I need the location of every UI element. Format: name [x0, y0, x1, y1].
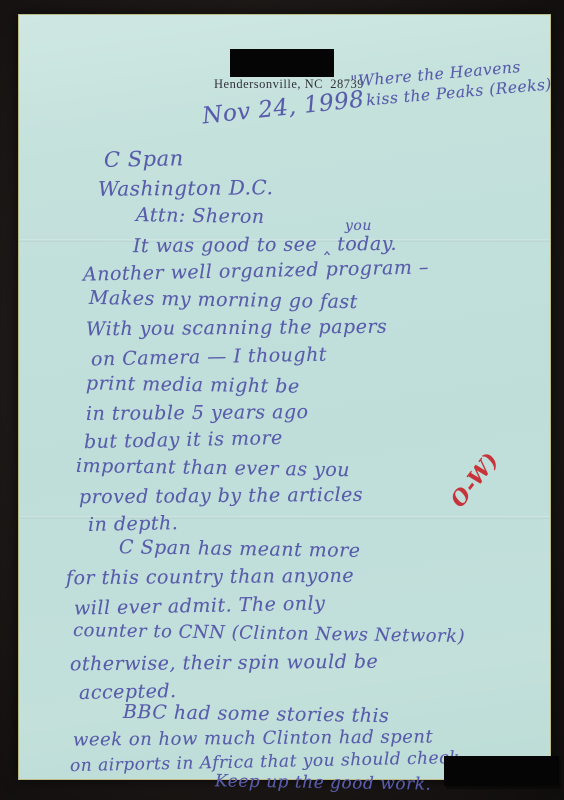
handwritten-line: in trouble 5 years ago	[86, 401, 309, 425]
letter-paper: Hendersonville, NC 28739 "Where the Heav…	[18, 14, 551, 780]
handwritten-line: for this country than anyone	[66, 565, 354, 590]
recipient-line: C Span	[104, 146, 184, 172]
handwritten-line: counter to CNN (Clinton News Network)	[73, 620, 465, 647]
handwritten-line: proved today by the articles	[79, 484, 363, 508]
handwritten-line: in depth.	[88, 512, 179, 536]
handwritten-line: print media might be	[86, 372, 300, 397]
redaction-bar-bottom	[444, 756, 559, 786]
handwritten-line: C Span has meant more	[119, 536, 361, 562]
handwritten-line: important than ever as you	[76, 455, 350, 481]
handwritten-line: will ever admit. The only	[74, 592, 326, 619]
inserted-word-you: you	[345, 218, 372, 234]
handwritten-line: It was good to see ‸ today.	[133, 233, 397, 257]
handwritten-line: otherwise, their spin would be	[70, 651, 378, 676]
handwritten-line: Another well organized program –	[83, 256, 429, 285]
recipient-line: Washington D.C.	[98, 175, 274, 201]
handwritten-line: BBC had some stories this	[123, 701, 390, 727]
recipient-line: Attn: Sheron	[136, 204, 265, 228]
sign-off-line: Keep up the good work.	[215, 771, 432, 794]
red-annotation: O-W)	[445, 447, 503, 511]
letterhead-slogan: "Where the Heavens kiss the Peaks (Reeks…	[350, 54, 553, 111]
handwritten-line: With you scanning the papers	[86, 316, 387, 341]
redaction-bar-top	[230, 49, 334, 77]
handwritten-line: on Camera — I thought	[91, 344, 327, 371]
scanner-background: Hendersonville, NC 28739 "Where the Heav…	[0, 0, 564, 800]
handwritten-line: but today it is more	[84, 427, 283, 453]
handwritten-line: week on how much Clinton had spent	[73, 726, 433, 750]
handwritten-line: Makes my morning go fast	[89, 287, 358, 313]
letter-date: Nov 24, 1998	[201, 87, 366, 130]
